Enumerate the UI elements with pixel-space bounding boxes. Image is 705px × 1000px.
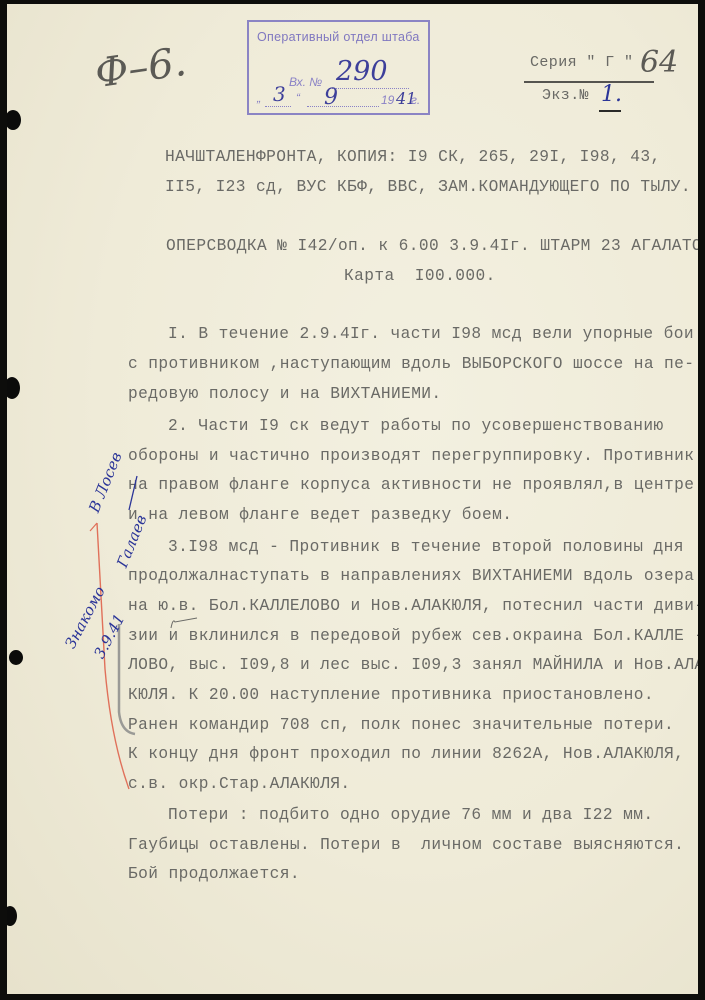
body-line: с противником ,наступающим вдоль ВЫБОРСК…	[128, 356, 694, 372]
report-heading: ОПЕРСВОДКА № I42/оп. к 6.00 3.9.4Iг. ШТА…	[166, 238, 698, 254]
series-label: Серия " Г "	[530, 55, 633, 70]
body-line: Бой продолжается.	[128, 866, 300, 882]
stamp-incoming-label: Вх. №	[289, 75, 322, 89]
body-line: Потери : подбито одно орудие 76 мм и два…	[168, 807, 653, 823]
body-line: на ю.в. Бол.КАЛЛЕЛОВО и Нов.АЛАКЮЛЯ, пот…	[128, 598, 698, 614]
punch-hole	[7, 110, 21, 130]
document-page: Ф–6. Оперативный отдел штаба Вх. № 290 „…	[7, 4, 698, 994]
body-line: с.в. окр.Стар.АЛАКЮЛЯ.	[128, 776, 351, 792]
stamp-incoming-number: 290	[336, 56, 388, 87]
stamp-date-month: 9	[324, 85, 338, 110]
map-scale: Карта I00.000.	[344, 268, 496, 284]
body-line: зии и вклинился в передовой рубеж сев.ок…	[128, 628, 698, 644]
body-line: обороны и частично производят перегруппи…	[128, 448, 694, 464]
body-line: 2. Части I9 ск ведут работы по усовершен…	[168, 418, 664, 434]
body-line: КЮЛЯ. К 20.00 наступление противника при…	[128, 687, 654, 703]
copy-number: 1.	[601, 84, 622, 106]
stamp-date-mid-quote: “	[296, 91, 300, 105]
pencil-mark	[125, 470, 145, 520]
series-handwritten-number: 64	[640, 48, 678, 78]
body-line: продолжалнаступать в направлениях ВИХТАН…	[128, 568, 694, 584]
body-line: К концу дня фронт проходил по линии 8262…	[128, 746, 684, 762]
handwritten-file-index: Ф–6.	[93, 42, 189, 94]
pencil-check-mark	[167, 614, 207, 644]
body-line: ЛОВО, выс. I09,8 и лес выс. I09,3 занял …	[128, 657, 698, 673]
body-line: Гаубицы оставлены. Потери в личном соста…	[128, 837, 684, 853]
stamp-year-prefix: 19	[381, 93, 394, 107]
punch-hole	[7, 377, 20, 399]
series-divider	[524, 81, 654, 83]
punch-hole	[9, 650, 23, 665]
copy-underline	[599, 110, 621, 112]
stamp-title: Оперативный отдел штаба	[257, 30, 420, 44]
copy-label: Экз.№	[542, 88, 589, 103]
body-line: 3.I98 мсд - Противник в течение второй п…	[168, 539, 684, 555]
body-line: I. В течение 2.9.4Iг. части I98 мсд вели…	[168, 326, 694, 342]
body-line: редовую полосу и на ВИХТАНИЕМИ.	[128, 386, 442, 402]
address-line: II5, I23 сд, ВУС КБФ, ВВС, ЗАМ.КОМАНДУЮЩ…	[165, 179, 691, 195]
stamp-year-unit: г.	[411, 93, 420, 107]
address-line: НАЧШТАЛЕНФРОНТА, КОПИЯ: I9 СК, 265, 29I,…	[165, 149, 661, 165]
incoming-stamp: Оперативный отдел штаба Вх. № 290 „ 3 “ …	[247, 20, 430, 115]
body-line: Ранен командир 708 сп, полк понес значит…	[128, 717, 674, 733]
stamp-date-open-quote: „	[257, 91, 261, 105]
margin-note-addressee: В Лосев	[87, 450, 125, 514]
stamp-date-day: 3	[273, 82, 286, 106]
body-line: на правом фланге корпуса активности не п…	[128, 477, 694, 493]
body-line: и на левом фланге ведет разведку боем.	[128, 507, 512, 523]
punch-hole	[7, 906, 17, 926]
